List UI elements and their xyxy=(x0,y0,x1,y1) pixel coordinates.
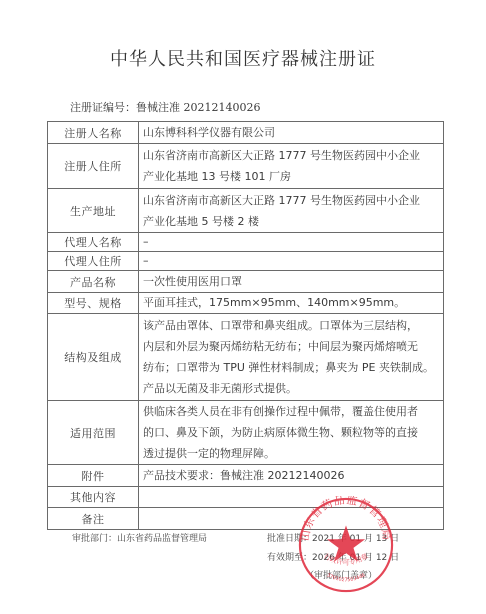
row-value: 一次性使用医用口罩 xyxy=(139,271,444,293)
row-label: 产品名称 xyxy=(48,271,139,293)
value-line: 产业化基地 5 号楼 2 楼 xyxy=(143,211,440,232)
row-label: 注册人名称 xyxy=(48,122,139,144)
certificate-table: 注册人名称 山东博科科学仪器有限公司 注册人住所 山东省济南市高新区大正路 17… xyxy=(47,121,444,530)
approval-department: 审批部门：山东省药品监督管理局 xyxy=(72,531,207,544)
value-line: 供临床各类人员在非有创操作过程中佩带，覆盖住使用者 xyxy=(143,401,440,422)
registration-number-label: 注册证编号： xyxy=(70,101,136,114)
approval-date-label: 批准日期： xyxy=(267,534,312,544)
value-line: 一次性使用医用口罩 xyxy=(143,271,440,292)
row-value: – xyxy=(139,233,444,252)
row-value: 供临床各类人员在非有创操作过程中佩带，覆盖住使用者 的口、鼻及下颌，为防止病原体… xyxy=(139,401,444,465)
value-line: 透过提供一定的物理屏障。 xyxy=(143,443,440,464)
value-line: 纺布；口罩带为 TPU 弹性材料制成；鼻夹为 PE 夹铁制成。 xyxy=(143,357,440,378)
row-label: 结构及组成 xyxy=(48,314,139,401)
row-label: 代理人住所 xyxy=(48,252,139,271)
value-line: – xyxy=(143,252,440,270)
table-row: 生产地址 山东省济南市高新区大正路 1777 号生物医药园中小企业 产业化基地 … xyxy=(48,189,444,233)
table-row: 注册人名称 山东博科科学仪器有限公司 xyxy=(48,122,444,144)
value-line: 产品以无菌及非无菌形式提供。 xyxy=(143,378,440,399)
row-value xyxy=(139,487,444,508)
row-label: 型号、规格 xyxy=(48,293,139,314)
table-row: 产品名称 一次性使用医用口罩 xyxy=(48,271,444,293)
table-row: 结构及组成 该产品由罩体、口罩带和鼻夹组成。口罩体为三层结构， 内层和外层为聚丙… xyxy=(48,314,444,401)
row-label: 适用范围 xyxy=(48,401,139,465)
value-line: 山东博科科学仪器有限公司 xyxy=(143,122,440,143)
table-row: 适用范围 供临床各类人员在非有创操作过程中佩带，覆盖住使用者 的口、鼻及下颌，为… xyxy=(48,401,444,465)
row-label: 生产地址 xyxy=(48,189,139,233)
value-line: 该产品由罩体、口罩带和鼻夹组成。口罩体为三层结构， xyxy=(143,315,440,336)
row-value: – xyxy=(139,252,444,271)
value-line: 山东省济南市高新区大正路 1777 号生物医药园中小企业 xyxy=(143,190,440,211)
approval-date: 批准日期：2021 年 01 月 13 日 xyxy=(267,531,399,544)
table-row: 附件 产品技术要求：鲁械注准 20212140026 xyxy=(48,465,444,487)
row-value: 平面耳挂式，175mm×95mm、140mm×95mm。 xyxy=(139,293,444,314)
row-label: 代理人名称 xyxy=(48,233,139,252)
row-value: 山东省济南市高新区大正路 1777 号生物医药园中小企业 产业化基地 13 号楼… xyxy=(139,144,444,189)
valid-until: 有效期至：2026 年 01 月 12 日 xyxy=(267,550,399,563)
row-label: 注册人住所 xyxy=(48,144,139,189)
value-line: 的口、鼻及下颌，为防止病原体微生物、颗粒物等的直接 xyxy=(143,422,440,443)
value-line: 平面耳挂式，175mm×95mm、140mm×95mm。 xyxy=(143,293,440,313)
row-label: 附件 xyxy=(48,465,139,487)
value-line: 山东省济南市高新区大正路 1777 号生物医药园中小企业 xyxy=(143,145,440,166)
row-value: 产品技术要求：鲁械注准 20212140026 xyxy=(139,465,444,487)
value-line: 内层和外层为聚丙烯纺粘无纺布；中间层为聚丙烯熔喷无 xyxy=(143,336,440,357)
registration-number-value: 鲁械注准 20212140026 xyxy=(136,101,260,114)
row-value: 山东省济南市高新区大正路 1777 号生物医药园中小企业 产业化基地 5 号楼 … xyxy=(139,189,444,233)
row-value: 山东博科科学仪器有限公司 xyxy=(139,122,444,144)
registration-number: 注册证编号：鲁械注准 20212140026 xyxy=(70,99,260,115)
table-row: 代理人名称 – xyxy=(48,233,444,252)
seal-note: （审批部门盖章） xyxy=(305,568,377,581)
document-title: 中华人民共和国医疗器械注册证 xyxy=(0,45,486,71)
row-value: 该产品由罩体、口罩带和鼻夹组成。口罩体为三层结构， 内层和外层为聚丙烯纺粘无纺布… xyxy=(139,314,444,401)
table-row: 备注 xyxy=(48,508,444,530)
value-line: 产品技术要求：鲁械注准 20212140026 xyxy=(143,465,440,486)
valid-until-label: 有效期至： xyxy=(267,553,312,563)
table-row: 注册人住所 山东省济南市高新区大正路 1777 号生物医药园中小企业 产业化基地… xyxy=(48,144,444,189)
row-label: 其他内容 xyxy=(48,487,139,508)
valid-until-value: 2026 年 01 月 12 日 xyxy=(312,553,399,563)
table-row: 代理人住所 – xyxy=(48,252,444,271)
table-row: 型号、规格 平面耳挂式，175mm×95mm、140mm×95mm。 xyxy=(48,293,444,314)
table-row: 其他内容 xyxy=(48,487,444,508)
row-value xyxy=(139,508,444,530)
row-label: 备注 xyxy=(48,508,139,530)
value-line: 产业化基地 13 号楼 101 厂房 xyxy=(143,166,440,187)
value-line: – xyxy=(143,233,440,251)
approval-date-value: 2021 年 01 月 13 日 xyxy=(312,534,399,544)
